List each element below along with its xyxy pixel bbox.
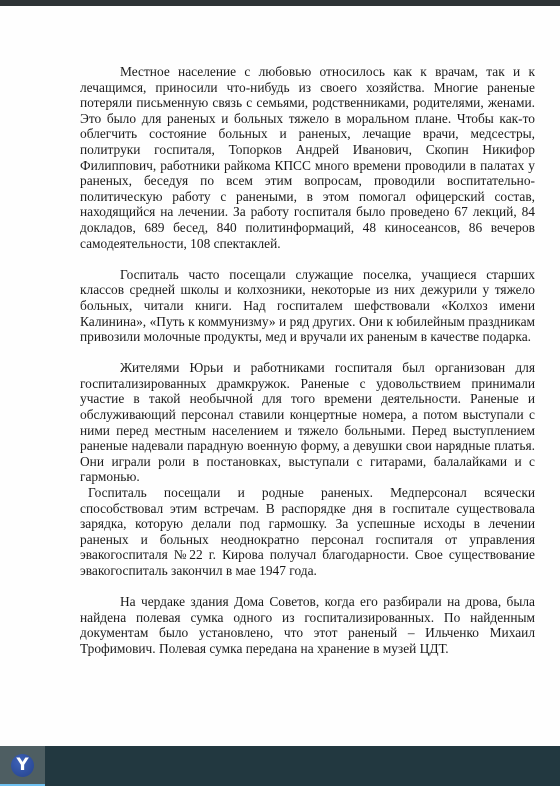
document-page: Местное население с любовью относилось к… xyxy=(0,6,560,744)
taskbar: Y xyxy=(0,746,560,786)
paragraph-field-bag: На чердаке здания Дома Советов, когда ег… xyxy=(80,594,535,656)
yandex-browser-icon[interactable]: Y xyxy=(11,754,34,777)
paragraph-spacer xyxy=(80,579,535,595)
paragraph-local-population: Местное население с любовью относилось к… xyxy=(80,64,535,251)
paragraph-drama-club: Жителями Юрьи и работниками госпиталя бы… xyxy=(80,360,535,485)
paragraph-spacer xyxy=(80,345,535,361)
document-body: Местное население с любовью относилось к… xyxy=(80,64,535,657)
paragraph-spacer xyxy=(80,251,535,267)
paragraph-hospital-visitors: Госпиталь часто посещали служащие поселк… xyxy=(80,267,535,345)
taskbar-app-browser[interactable]: Y xyxy=(0,746,45,786)
paragraph-relatives-visits: Госпиталь посещали и родные раненых. Мед… xyxy=(80,485,535,579)
